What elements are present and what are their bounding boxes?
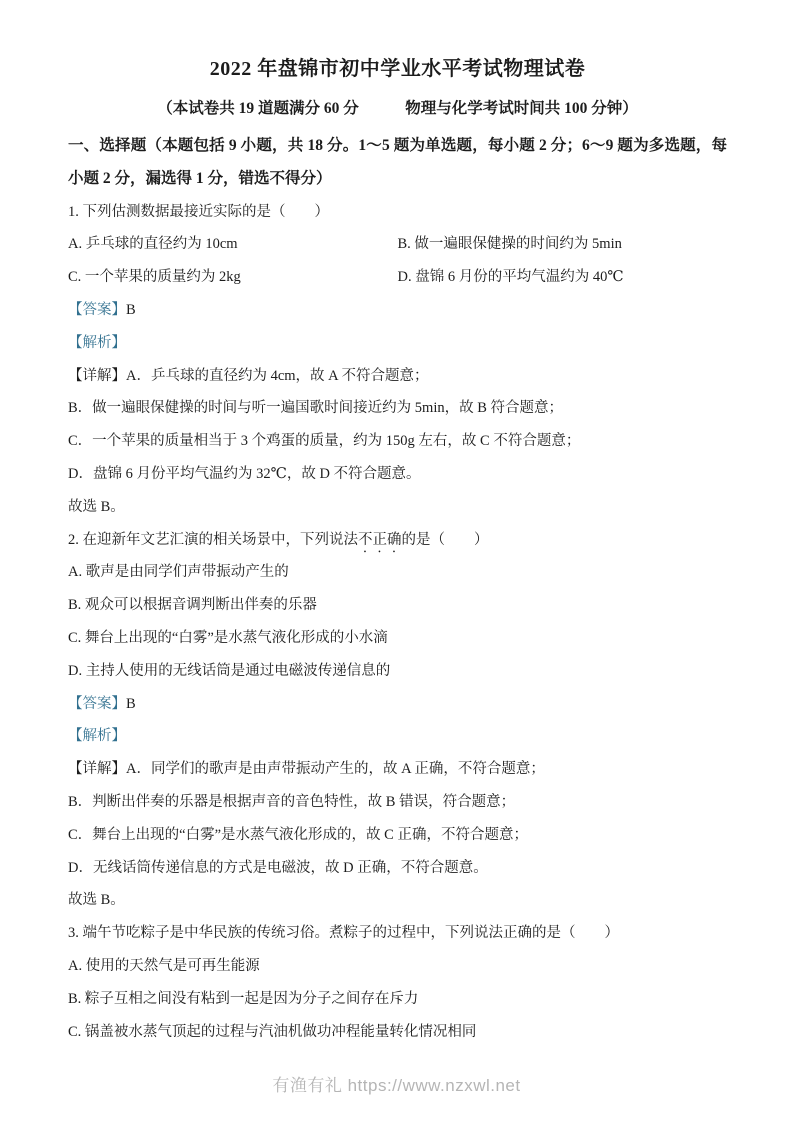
stem-text-after: 的是（ ）: [402, 532, 489, 548]
detail-text: A．乒乓球的直径约为 4cm，故 A 不符合题意；: [126, 368, 428, 384]
stem-text-before: 2. 在迎新年文艺汇演的相关场景中，下列说法: [68, 532, 358, 548]
question-2-option-d: D. 主持人使用的无线话筒是通过电磁波传递信息的: [68, 655, 727, 688]
question-1-option-d: D. 盘锦 6 月份的平均气温约为 40℃: [398, 261, 728, 294]
answer-value: B: [126, 302, 136, 318]
answer-label: 【答案】: [68, 302, 126, 318]
question-1-option-a: A. 乒乓球的直径约为 10cm: [68, 228, 398, 261]
question-2-explanation-d: D．无线话筒传递信息的方式是电磁波，故 D 正确，不符合题意。: [68, 852, 727, 885]
exam-info-line: （本试卷共 19 道题满分 60 分 物理与化学考试时间共 100 分钟）: [68, 94, 727, 124]
question-1-options: A. 乒乓球的直径约为 10cm B. 做一遍眼保健操的时间约为 5min C.…: [68, 228, 727, 294]
question-2-answer-line: 【答案】B: [68, 688, 727, 721]
question-1-explanation-d: D．盘锦 6 月份平均气温约为 32℃，故 D 不符合题意。: [68, 458, 727, 491]
answer-label: 【答案】: [68, 696, 126, 712]
question-1-detail-line: 【详解】A．乒乓球的直径约为 4cm，故 A 不符合题意；: [68, 360, 727, 393]
question-1-option-b: B. 做一遍眼保健操的时间约为 5min: [398, 228, 728, 261]
question-3-option-b: B. 粽子互相之间没有粘到一起是因为分子之间存在斥力: [68, 983, 727, 1016]
question-2-option-b: B. 观众可以根据音调判断出伴奏的乐器: [68, 589, 727, 622]
footer-watermark: 有渔有礼 https://www.nzxwl.net: [0, 1071, 793, 1096]
question-2-explanation-b: B．判断出伴奏的乐器是根据声音的音色特性，故 B 错误，符合题意；: [68, 786, 727, 819]
analysis-label: 【解析】: [68, 728, 126, 744]
question-3-stem: 3. 端午节吃粽子是中华民族的传统习俗。煮粽子的过程中，下列说法正确的是（ ）: [68, 917, 727, 950]
section-heading: 一、选择题（本题包括 9 小题，共 18 分。1～5 题为单选题，每小题 2 分…: [68, 130, 727, 196]
question-1-explanation-c: C．一个苹果的质量相当于 3 个鸡蛋的质量，约为 150g 左右，故 C 不符合…: [68, 425, 727, 458]
exam-document: 2022 年盘锦市初中学业水平考试物理试卷 （本试卷共 19 道题满分 60 分…: [0, 0, 793, 1048]
detail-label: 【详解】: [68, 368, 126, 384]
detail-text: A．同学们的歌声是由声带振动产生的，故 A 正确，不符合题意；: [126, 761, 545, 777]
question-2-option-c: C. 舞台上出现的“白雾”是水蒸气液化形成的小水滴: [68, 622, 727, 655]
question-2-detail-line: 【详解】A．同学们的歌声是由声带振动产生的，故 A 正确，不符合题意；: [68, 753, 727, 786]
question-1-option-c: C. 一个苹果的质量约为 2kg: [68, 261, 398, 294]
question-2-conclusion: 故选 B。: [68, 884, 727, 917]
question-1-analysis-line: 【解析】: [68, 327, 727, 360]
analysis-label: 【解析】: [68, 335, 126, 351]
detail-label: 【详解】: [68, 761, 126, 777]
stem-emphasized-text: 不正确: [358, 532, 402, 548]
question-1-conclusion: 故选 B。: [68, 491, 727, 524]
question-2-explanation-c: C．舞台上出现的“白雾”是水蒸气液化形成的，故 C 正确，不符合题意；: [68, 819, 727, 852]
question-3-option-a: A. 使用的天然气是可再生能源: [68, 950, 727, 983]
question-2-analysis-line: 【解析】: [68, 720, 727, 753]
question-1-explanation-b: B．做一遍眼保健操的时间与听一遍国歌时间接近约为 5min，故 B 符合题意；: [68, 392, 727, 425]
page-title: 2022 年盘锦市初中学业水平考试物理试卷: [68, 52, 727, 86]
answer-value: B: [126, 696, 136, 712]
question-1-answer-line: 【答案】B: [68, 294, 727, 327]
question-1-stem: 1. 下列估测数据最接近实际的是（ ）: [68, 196, 727, 229]
question-2-option-a: A. 歌声是由同学们声带振动产生的: [68, 556, 727, 589]
question-3-option-c: C. 锅盖被水蒸气顶起的过程与汽油机做功冲程能量转化情况相同: [68, 1016, 727, 1049]
question-2-stem: 2. 在迎新年文艺汇演的相关场景中，下列说法不正确的是（ ）: [68, 524, 727, 557]
